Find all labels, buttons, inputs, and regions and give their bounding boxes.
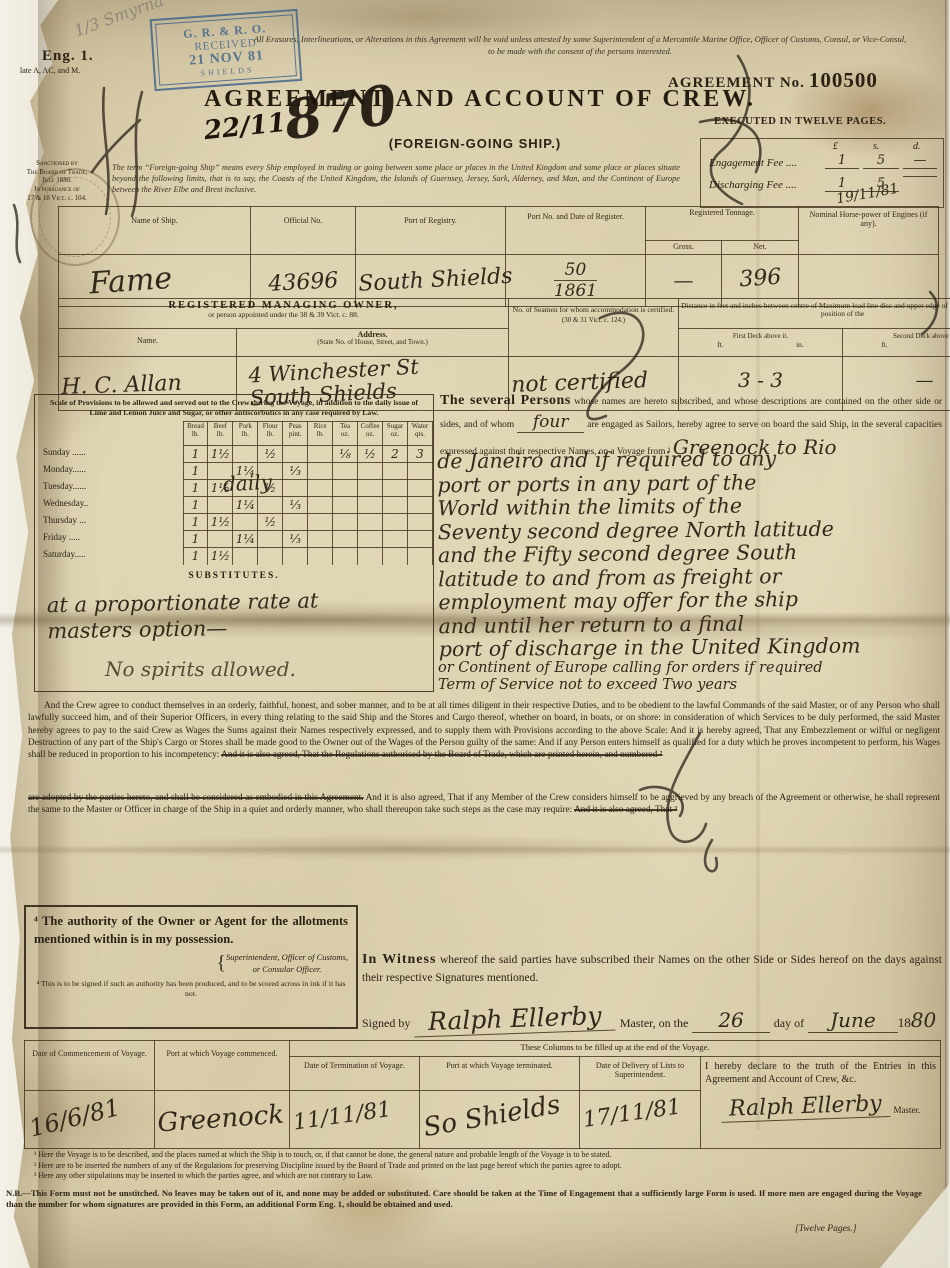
provision-cell: ⅓: [283, 531, 308, 548]
provision-cell: [333, 497, 358, 514]
ship-header-name: Name of Ship.: [59, 207, 251, 255]
fee-currency-pounds: £: [833, 141, 838, 152]
voyage-value: 11/11/81: [290, 1083, 419, 1135]
master-label: Master, on the: [620, 1016, 689, 1030]
form-code: Eng. 1.: [42, 48, 94, 65]
provision-cell: [283, 446, 308, 463]
ship-header-port: Port of Registry.: [356, 207, 506, 255]
fee-box: £ s. d. Engagement Fee .... 1 5 — Discha…: [700, 138, 944, 208]
declaration-cell: I hereby declare to the truth of the Ent…: [701, 1057, 941, 1149]
footnote-3: ³ Here any other stipulations may be ins…: [34, 1171, 934, 1182]
provision-cell: [283, 548, 308, 565]
provision-cell: [208, 497, 233, 514]
provision-cell: 1½: [208, 446, 233, 463]
provision-cell: 1¼: [233, 497, 258, 514]
nb-note: N.B.—This Form must not be unstitched. N…: [6, 1188, 922, 1210]
provision-col-header: Porklb.: [233, 422, 258, 446]
provision-cell: [308, 480, 333, 497]
persons-count-value: four: [517, 412, 585, 433]
provision-cell: [333, 548, 358, 565]
provision-cell: 1: [183, 514, 208, 531]
provision-cell: [333, 514, 358, 531]
fee-currency-pence: d.: [913, 141, 921, 152]
authority-text: ⁴ The authority of the Owner or Agent fo…: [34, 913, 348, 948]
provision-cell: [358, 463, 383, 480]
ship-header-official-no: Official No.: [251, 207, 356, 255]
page-title: AGREEMENT AND ACCOUNT OF CREW.: [160, 86, 800, 113]
provision-cell: [233, 514, 258, 531]
provision-col-header: Sugaroz.: [383, 422, 408, 446]
provisions-box: Scale of Provisions to be allowed and se…: [34, 394, 434, 692]
provision-cell: [258, 497, 283, 514]
provision-cell: [208, 531, 233, 548]
right-edge: [945, 0, 950, 1268]
provision-cell: 2: [383, 446, 408, 463]
provision-col-header: Flourlb.: [258, 422, 283, 446]
ship-header-port-no: Port No. and Date of Register.: [506, 207, 646, 255]
provisions-daily-note: daily: [222, 470, 272, 497]
agreement-number: 100500: [809, 68, 878, 92]
provision-col-header: Beeflb.: [208, 422, 233, 446]
provision-col-header: Breadlb.: [183, 422, 208, 446]
footnotes: ¹ Here the Voyage is to be described, an…: [34, 1150, 934, 1182]
provision-cell: [283, 480, 308, 497]
provision-col-header: Waterqts.: [407, 422, 432, 446]
provision-cell: 1: [183, 531, 208, 548]
provision-cell: 1: [183, 463, 208, 480]
ship-port-value: South Shields: [357, 252, 504, 297]
provision-cell: [407, 548, 432, 565]
ship-header-gross: Gross.: [646, 241, 722, 255]
voyage-description: de Janeiro and if required to any port o…: [437, 446, 944, 662]
provision-cell: [233, 446, 258, 463]
provision-cell: [333, 480, 358, 497]
authority-officer-label: Superintendent, Officer of Customs, or C…: [226, 952, 348, 974]
owner-title: REGISTERED MANAGING OWNER, or person app…: [59, 299, 509, 329]
provisions-heading: Scale of Provisions to be allowed and se…: [35, 395, 433, 419]
signed-year-value: 80: [911, 1008, 936, 1032]
witness-section: In Witness whereof the said parties have…: [362, 950, 942, 1034]
provision-day: Wednesday..: [35, 497, 183, 514]
crew-agreement-document: 1/3 Smyrna Eng. 1. late A, AC, and M. G.…: [0, 0, 950, 1268]
form-code-note: late A, AC, and M.: [20, 66, 80, 75]
provision-cell: ½: [358, 446, 383, 463]
year-prefix: 18: [898, 1015, 911, 1030]
ship-port-no-value: 50 1861: [554, 256, 597, 301]
fee-value: 1: [825, 153, 859, 169]
provision-cell: [358, 497, 383, 514]
agreement-struck-clause: are adopted by the parties hereto, and s…: [28, 793, 364, 803]
fee-value: —: [903, 153, 937, 169]
owner-name-label: Name.: [59, 329, 237, 357]
provision-cell: 1: [183, 480, 208, 497]
provision-cell: [308, 497, 333, 514]
footnote-1: ¹ Here the Voyage is to be described, an…: [34, 1150, 934, 1161]
ink-fraction-note: 22/11: [203, 108, 288, 146]
provision-cell: [407, 514, 432, 531]
provision-cell: [358, 480, 383, 497]
voyage-band: These Columns to be filled up at the end…: [290, 1041, 941, 1057]
provision-cell: [407, 463, 432, 480]
witness-lead: In Witness: [362, 952, 436, 967]
ship-name-value: Fame: [60, 250, 249, 304]
provision-cell: 1: [183, 548, 208, 565]
footnote-2: ² Here are to be inserted the numbers of…: [34, 1161, 934, 1172]
provision-cell: [308, 531, 333, 548]
provision-day: Friday .....: [35, 531, 183, 548]
provision-cell: ½: [258, 446, 283, 463]
ship-official-no-value: 43696: [252, 253, 354, 297]
ship-gross-value: —: [648, 256, 719, 292]
provision-cell: ⅓: [283, 497, 308, 514]
provision-cell: 1: [183, 497, 208, 514]
provision-cell: [283, 514, 308, 531]
provision-cell: [383, 463, 408, 480]
owner-second-deck-value: —: [845, 358, 950, 391]
fee-row-label: Discharging Fee ....: [709, 179, 797, 191]
owner-seamen-header: No. of Seamen for whom accommodation is …: [509, 299, 679, 357]
provision-cell: [258, 531, 283, 548]
fee-currency-shillings: s.: [873, 141, 879, 152]
provision-cell: [308, 514, 333, 531]
provision-cell: [308, 446, 333, 463]
agreement-struck-clause: And it is also agreed, That the Regulati…: [221, 750, 662, 760]
provision-cell: [383, 514, 408, 531]
master-signature: Ralph Ellerby: [414, 1000, 616, 1037]
provision-col-header: Ricelb.: [308, 422, 333, 446]
authority-footnote: ⁴ This is to be signed if such an author…: [34, 979, 348, 998]
ship-table: Name of Ship. Official No. Port of Regis…: [58, 206, 939, 307]
provision-cell: [233, 548, 258, 565]
brace: {: [216, 952, 226, 975]
provision-cell: [407, 531, 432, 548]
foreign-going-definition: The term “Foreign-going Ship” means ever…: [112, 163, 680, 195]
owner-second-deck-label: Second Deck above it. ft.in.: [843, 329, 950, 357]
voyage-description-small: or Continent of Europe calling for order…: [438, 660, 943, 694]
crease-line: [0, 612, 950, 628]
provision-day: Monday......: [35, 463, 183, 480]
provision-day: Tuesday......: [35, 480, 183, 497]
sanction-note: Sanctioned by The Board of Trade, July 1…: [4, 160, 110, 203]
pages-note: [Twelve Pages.]: [795, 1224, 857, 1234]
provision-cell: [333, 463, 358, 480]
provision-cell: [358, 531, 383, 548]
provision-cell: [258, 548, 283, 565]
ship-header-tonnage: Registered Tonnage.: [646, 207, 799, 241]
crew-agreement-paragraph: And the Crew agree to conduct themselves…: [28, 700, 940, 761]
signed-month-value: June: [808, 1008, 898, 1033]
crease-line-vertical: [755, 180, 761, 1130]
provision-cell: [308, 463, 333, 480]
provision-cell: [383, 497, 408, 514]
provision-cell: [333, 531, 358, 548]
voyage-header: Port at which Voyage commenced.: [155, 1041, 290, 1091]
provision-cell: [383, 531, 408, 548]
spirits-note: No spirits allowed.: [35, 641, 433, 681]
provision-day: Saturday.....: [35, 548, 183, 565]
fee-value: 5: [863, 153, 899, 169]
voyage-table: Date of Commencement of Voyage. Port at …: [24, 1040, 941, 1149]
ship-header-horsepower: Nominal Horse-power of Engines (if any).: [799, 207, 939, 255]
witness-body: whereof the said parties have subscribed…: [362, 954, 942, 984]
declaration-signature: Ralph Ellerby: [720, 1091, 889, 1123]
authority-box: ⁴ The authority of the Owner or Agent fo…: [24, 905, 358, 1029]
provision-cell: ½: [258, 514, 283, 531]
provision-cell: [358, 548, 383, 565]
provision-cell: [308, 548, 333, 565]
provision-cell: [383, 480, 408, 497]
declaration-text: I hereby declare to the truth of the Ent…: [703, 1058, 938, 1088]
provision-cell: ⅓: [283, 463, 308, 480]
provision-cell: [407, 480, 432, 497]
voyage-value: 17/11/81: [580, 1084, 699, 1133]
provision-cell: [383, 548, 408, 565]
provision-cell: [407, 497, 432, 514]
executed-note: EXECUTED IN TWELVE PAGES.: [714, 116, 886, 127]
attestation-note: All Erasures, Interlineations, or Altera…: [252, 34, 908, 57]
crease-line: [0, 845, 950, 855]
agreement-struck-clause: And it is also agreed, That ³: [574, 805, 677, 815]
provision-cell: 1½: [208, 514, 233, 531]
provision-cell: 1¼: [233, 531, 258, 548]
provision-col-header: Peaspint.: [283, 422, 308, 446]
provision-day: Sunday ......: [35, 446, 183, 463]
owner-distance-header: Distance in feet and inches between cent…: [679, 299, 950, 329]
provision-cell: ⅛: [333, 446, 358, 463]
provision-col-header: Teaoz.: [333, 422, 358, 446]
provision-cell: [358, 514, 383, 531]
provision-cell: 1: [183, 446, 208, 463]
provision-cell: 3: [407, 446, 432, 463]
provision-day: Thursday ...: [35, 514, 183, 531]
fee-value: [903, 176, 937, 177]
fee-row-label: Engagement Fee ....: [709, 157, 797, 169]
signed-by-label: Signed by: [362, 1016, 410, 1030]
persons-lead: The several Persons: [440, 393, 571, 408]
provision-col-header: Coffeeoz.: [358, 422, 383, 446]
day-of-label: day of: [774, 1016, 804, 1030]
voyage-value: Greenock: [156, 1088, 289, 1139]
agreement-continuation-paragraph: are adopted by the parties hereto, and s…: [28, 792, 940, 817]
master-title: Master.: [893, 1105, 920, 1115]
provision-cell: 1½: [208, 548, 233, 565]
